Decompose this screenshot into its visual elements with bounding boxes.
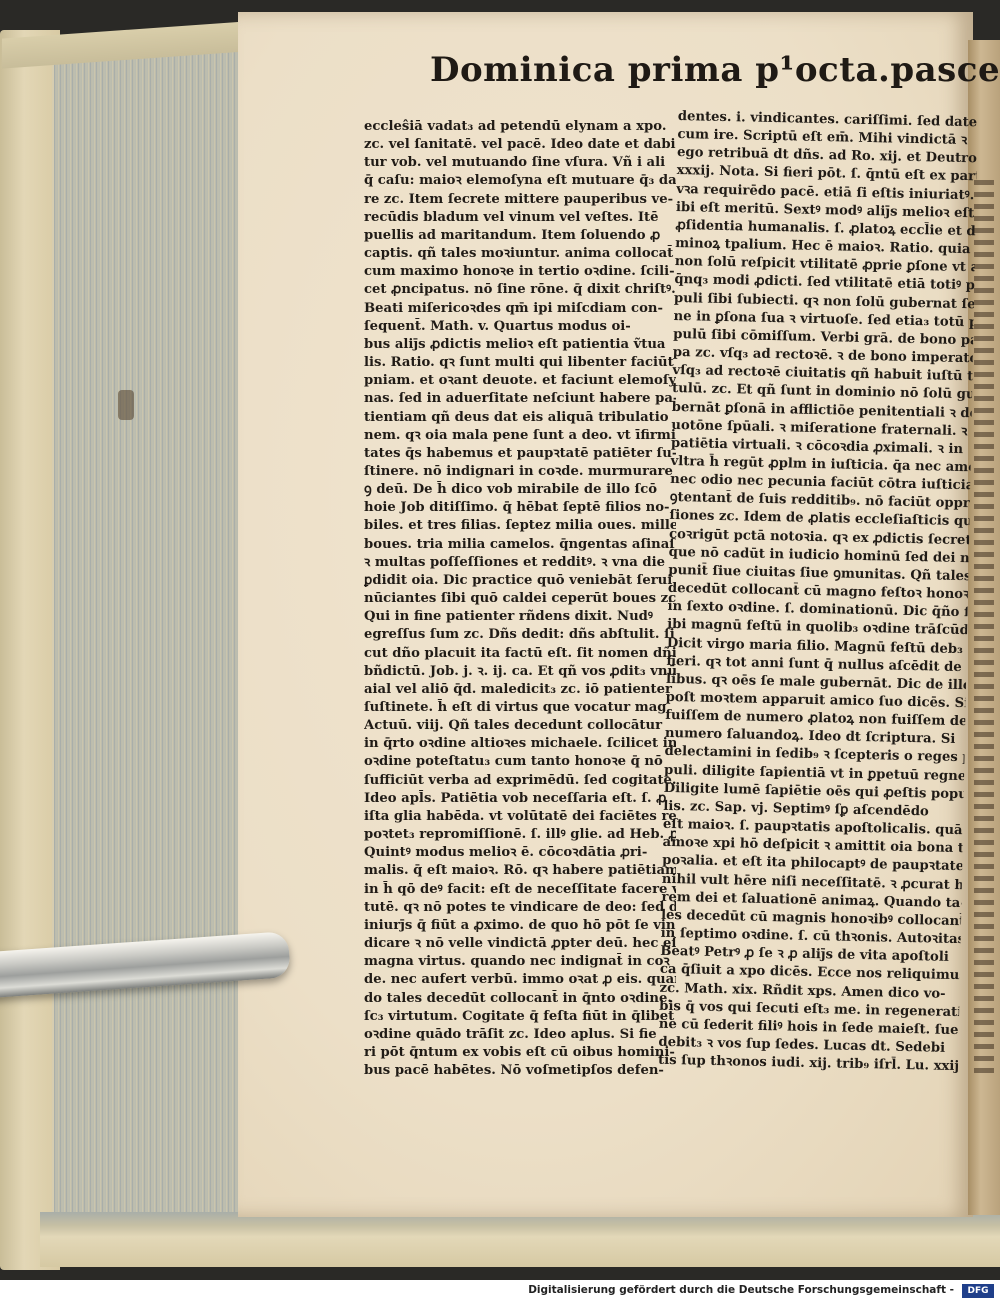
text-line: iſta glia habēda. vt volūtatē dei faciēt… — [364, 808, 676, 826]
text-line: malis. q̄ eſt maioꝛ. Rō. qꝛ habere patiē… — [364, 862, 676, 880]
text-line: Qui in fine patienter rñdens dixit. Nudꝰ — [364, 608, 676, 626]
text-line: in q̄rto oꝛdine altioꝛes michaele. ſcili… — [364, 735, 676, 753]
text-line: bus aliȷ̄s ꝓdictis melioꝛ eſt patientia … — [364, 336, 676, 354]
ink-stain — [118, 390, 134, 420]
dfg-logo-icon: DFG — [962, 1284, 994, 1298]
text-line: oꝛdine poteſtatu₃ cum tanto honoꝛe q̄ nō — [364, 753, 676, 771]
text-line: Beati miſericoꝛdes qm̄ ipi miſcdiam con- — [364, 300, 676, 318]
text-line: ſtinere. nō indignari in coꝛde. murmurar… — [364, 463, 676, 481]
text-line: tur vob. vel mutuando ſine vſura. Vñ i a… — [364, 154, 676, 172]
text-line: ꝛ multas poſſeſſiones et redditꝰ. ꝛ vna … — [364, 554, 676, 572]
text-line: cet ꝓncipatus. nō ſine rōne. q̄ dixit ch… — [364, 281, 676, 299]
text-line: biles. et tres filias. ſeptez milia oues… — [364, 517, 676, 535]
text-line: tates q̄s habemus et paupꝛtatē patiēter … — [364, 445, 676, 463]
page-fore-edge — [52, 48, 244, 1218]
text-line: Actuū. viij. Qñ tales decedunt collocātu… — [364, 717, 676, 735]
text-line: boues. tria milia camelos. q̄ngentas aſi… — [364, 536, 676, 554]
text-column-left: eccleŝiā vadat₃ ad petendū elynam a xpo.… — [364, 118, 676, 1080]
text-line: ri pōt q̄ntum ex vobis eſt cū oibus homi… — [364, 1044, 676, 1062]
running-head: Dominica prima p¹octa.pasce — [430, 50, 1000, 90]
text-line: recūdis bladum vel vinum vel veſtes. Itē — [364, 209, 676, 227]
text-line: q̄ caſu: maioꝛ elemoſyna eſt mutuare q̄₃… — [364, 172, 676, 190]
text-line: pniam. et oꝛant deuote. et faciunt elemo… — [364, 372, 676, 390]
text-line: cut dño placuit ita factū eſt. ſit nomen… — [364, 645, 676, 663]
text-line: nas. ſed in aduerſitate neſciunt habere … — [364, 390, 676, 408]
text-line: dicare ꝛ nō velle vindictā ꝓpter deū. he… — [364, 935, 676, 953]
text-line: bñdictū. Job. j. ꝛ. ij. ca. Et qñ vos ꝓd… — [364, 663, 676, 681]
footer-bar: Digitalisierung gefördert durch die Deut… — [0, 1280, 1000, 1302]
text-line: de. nec aufert verbū. immo oꝛat ꝓ eis. q… — [364, 971, 676, 989]
text-line: hoie Job ditiſſimo. q̄ hēbat ſeptē filio… — [364, 499, 676, 517]
text-line: aial vel aliō q̄d. maledicit₃ zc. iō pat… — [364, 681, 676, 699]
text-line: oꝛdine quādo trāſit zc. Ideo aplus. Si f… — [364, 1026, 676, 1044]
text-line: lis. Ratio. qꝛ ſunt multi qui libenter f… — [364, 354, 676, 372]
text-line: puellis ad maritandum. Item ſoluendo ꝓ — [364, 227, 676, 245]
text-line: zc. vel ſanitatē. vel pacē. Ideo date et… — [364, 136, 676, 154]
book-cover-left — [0, 30, 60, 1270]
text-line: eccleŝiā vadat₃ ad petendū elynam a xpo. — [364, 118, 676, 136]
text-line: Quintꝰ modus melioꝛ ē. cōcoꝛdātia ꝓri- — [364, 844, 676, 862]
text-line: magna virtus. quando nec indignat̄ in co… — [364, 953, 676, 971]
text-column-right: dentes. i. vindicantes. cariſſimi. ſed d… — [658, 108, 978, 1076]
text-line: ſc₃ virtutum. Cogitate q̄ feſta fiūt in … — [364, 1008, 676, 1026]
text-line: ſufficiūt verba ad exprimēdū. ſed cogita… — [364, 772, 676, 790]
text-line: re zc. Item ſecrete mittere pauperibus v… — [364, 191, 676, 209]
text-line: ꝯ deū. De h̄ dico vob mirabile de illo ſ… — [364, 481, 676, 499]
text-line: ſuſtinete. h̄ eſt di virtus que vocatur … — [364, 699, 676, 717]
book-scan: Dominica prima p¹octa.pasce eccleŝiā vad… — [0, 0, 1000, 1280]
text-line: in h̄ qō deꝰ facit: eſt de neceſſitate f… — [364, 881, 676, 899]
text-line: do tales decedūt collocant̄ in q̄nto oꝛd… — [364, 990, 676, 1008]
text-line: egreſſus ſum zc. Dñs dedit: dñs abſtulit… — [364, 626, 676, 644]
text-line: nem. qꝛ oia mala pene ſunt a deo. vt īfi… — [364, 427, 676, 445]
text-line: tutē. qꝛ nō potes te vindicare de deo: ſ… — [364, 899, 676, 917]
text-line: captis. qñ tales moꝛiuntur. anima colloc… — [364, 245, 676, 263]
text-line: ſequent̄. Math. v. Quartus modus oi- — [364, 318, 676, 336]
text-line: poꝛtet₃ repromiſſionē. ſ. illꝰ glie. ad … — [364, 826, 676, 844]
text-line: tientiam qñ deus dat eis aliquā tribulat… — [364, 409, 676, 427]
text-line: cum maximo honoꝛe in tertio oꝛdine. ſcil… — [364, 263, 676, 281]
funding-credit: Digitalisierung gefördert durch die Deut… — [528, 1284, 954, 1296]
text-line: Ideo apl̄s. Patiētia vob neceſſaria eſt.… — [364, 790, 676, 808]
text-line: nūciantes ſibi quō caldei ceperūt boues … — [364, 590, 676, 608]
text-line: bus pacē habētes. Nō voſmetipſos defen- — [364, 1062, 676, 1080]
text-line: ꝑdidit oia. Dic practice quō veniebāt ſe… — [364, 572, 676, 590]
book-cover-bottom — [40, 1212, 1000, 1267]
text-line: iniurȷ̄s q̄ fiūt a ꝓximo. de quo hō pōt … — [364, 917, 676, 935]
